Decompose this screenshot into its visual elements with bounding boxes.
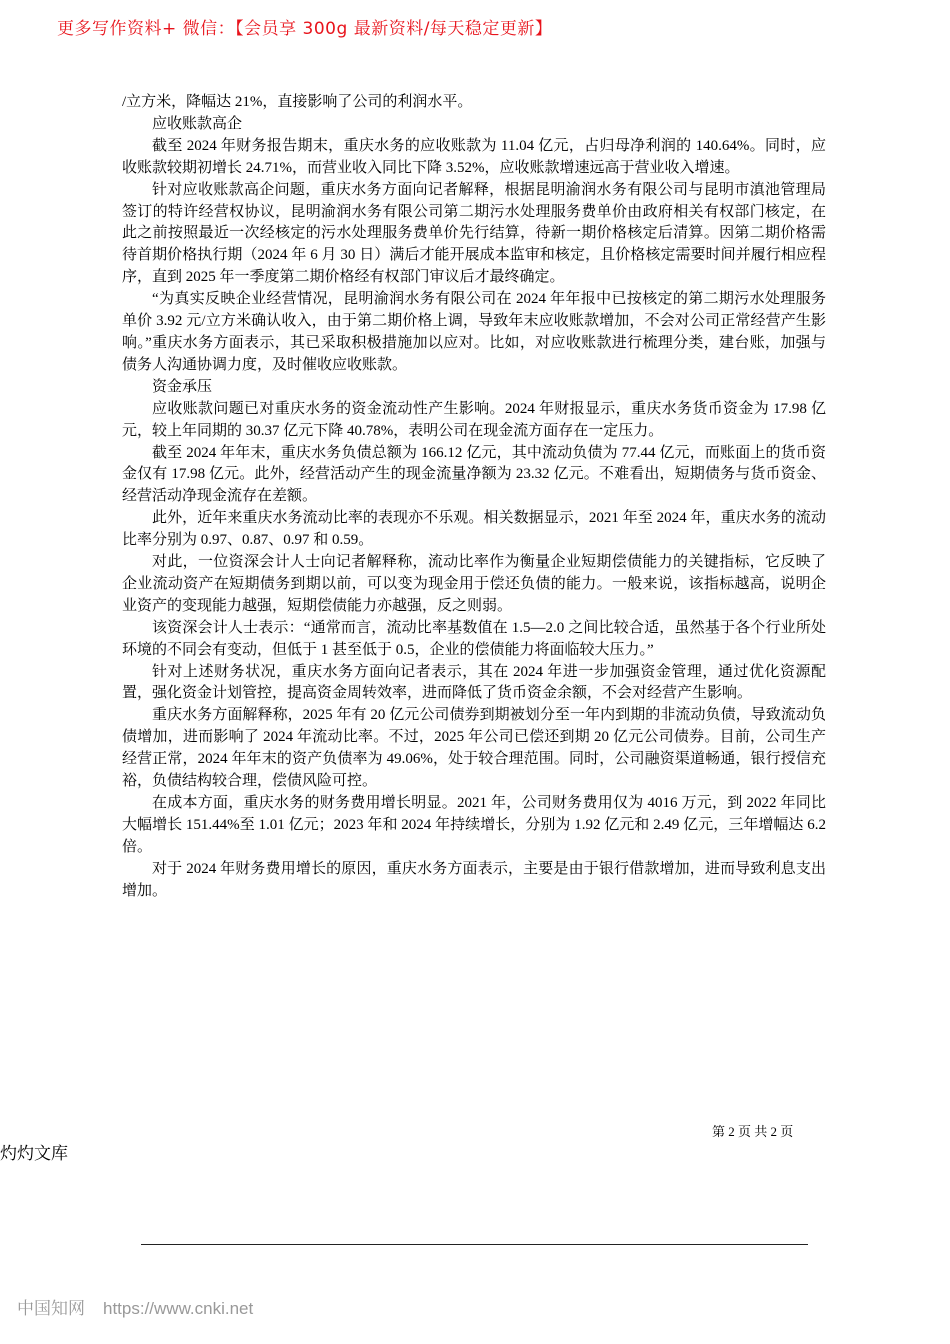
paragraph: 针对应收账款高企问题，重庆水务方面向记者解释，根据昆明渝润水务有限公司与昆明市滇… — [122, 180, 826, 290]
paragraph: 应收账款问题已对重庆水务的资金流动性产生影响。2024 年财报显示，重庆水务货币… — [122, 399, 826, 443]
paragraph: 在成本方面，重庆水务的财务费用增长明显。2021 年，公司财务费用仅为 4016… — [122, 793, 826, 859]
paragraph: 重庆水务方面解释称，2025 年有 20 亿元公司债券到期被划分至一年内到期的非… — [122, 705, 826, 793]
paragraph: 截至 2024 年年末，重庆水务负债总额为 166.12 亿元，其中流动负债为 … — [122, 443, 826, 509]
footer-divider — [141, 1244, 808, 1245]
promo-banner: 更多写作资料+ 微信：【会员享 300g 最新资料/每天稳定更新】 — [57, 14, 552, 39]
cnki-footer: 中国知网https://www.cnki.net — [17, 1294, 253, 1319]
paragraph: 针对上述财务状况，重庆水务方面向记者表示，其在 2024 年进一步加强资金管理，… — [122, 662, 826, 706]
paragraph: 该资深会计人士表示：“通常而言，流动比率基数值在 1.5—2.0 之间比较合适，… — [122, 618, 826, 662]
site-watermark: 灼灼文库 — [0, 1139, 68, 1164]
article-body: /立方米，降幅达 21%，直接影响了公司的利润水平。 应收账款高企 截至 202… — [122, 92, 826, 903]
paragraph: 对于 2024 年财务费用增长的原因，重庆水务方面表示，主要是由于银行借款增加，… — [122, 859, 826, 903]
paragraph: 此外，近年来重庆水务流动比率的表现亦不乐观。相关数据显示，2021 年至 202… — [122, 508, 826, 552]
paragraph: 对此，一位资深会计人士向记者解释称，流动比率作为衡量企业短期偿债能力的关键指标，… — [122, 552, 826, 618]
paragraph-continuation: /立方米，降幅达 21%，直接影响了公司的利润水平。 — [122, 92, 826, 114]
paragraph: 截至 2024 年财务报告期末，重庆水务的应收账款为 11.04 亿元，占归母净… — [122, 136, 826, 180]
section-heading-receivables: 应收账款高企 — [122, 114, 826, 136]
section-heading-funding-pressure: 资金承压 — [122, 377, 826, 399]
cnki-url-link[interactable]: https://www.cnki.net — [103, 1299, 253, 1318]
page-number: 第 2 页 共 2 页 — [712, 1121, 793, 1140]
paragraph: “为真实反映企业经营情况，昆明渝润水务有限公司在 2024 年年报中已按核定的第… — [122, 289, 826, 377]
cnki-name: 中国知网 — [17, 1299, 85, 1318]
